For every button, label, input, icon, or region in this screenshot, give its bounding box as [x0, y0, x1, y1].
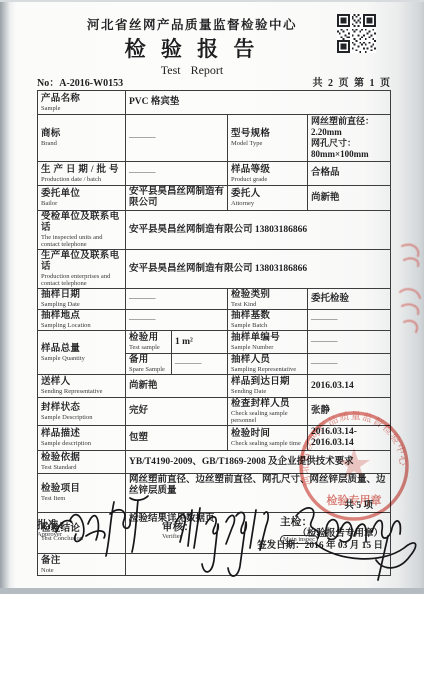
field-testsample-label-zh: 检验用: [129, 333, 168, 344]
field-sampledesc-label-zh: 样品描述: [41, 429, 122, 440]
field-samplingloc-value: ———: [126, 310, 228, 331]
field-sendingrep-label-zh: 送样人: [41, 377, 122, 388]
field-model-value-line1: 网丝塑前直径：2.20mm: [311, 116, 387, 138]
field-bailor-value: 安平县昊昌丝网制造有限公司: [126, 186, 228, 211]
row-samplingloc-batch: 抽样地点Sampling Location ——— 抽样基数Sample Bat…: [38, 310, 391, 331]
field-sendingdate-label-en: Sending Date: [231, 388, 304, 395]
field-producer-label-en: Production enterprises and contact telep…: [41, 273, 122, 287]
field-testkind-value: 委托检验: [308, 289, 391, 310]
field-samplingrep-label-en: Sampling Representative: [231, 366, 304, 373]
field-producer-label: 生产单位及联系电话Production enterprises and cont…: [38, 250, 126, 289]
field-brand-label: 商标Brand: [38, 115, 126, 162]
field-sendingrep-label-en: Sending Representative: [41, 388, 122, 395]
field-brand-value: ———: [126, 115, 228, 162]
field-proddate-value: ———: [126, 162, 228, 186]
row-samplingdate-testkind: 抽样日期Sampling Date ——— 检验类别Test Kind 委托检验: [38, 289, 391, 310]
field-quantity-label: 样品总量Sample Quantity: [38, 331, 126, 375]
inspector-label-en: Main inspec: [280, 535, 318, 544]
row-bailor-attorney: 委托单位Bailor 安平县昊昌丝网制造有限公司 委托人Attorney 尚新艳: [38, 186, 391, 211]
row-quantity-testsample: 样品总量Sample Quantity 检验用Test sample 1 m² …: [38, 331, 391, 354]
field-sampledesc-label-en: Sample description: [41, 440, 122, 447]
scanned-report-page: 河北省丝网产品质量监督检验中心 检 验 报 告 Test Report No：A…: [0, 0, 424, 594]
field-testkind-label: 检验类别Test Kind: [228, 289, 308, 310]
field-samplenumber-value: ———: [308, 331, 391, 354]
field-grade-label-zh: 样品等级: [231, 165, 304, 176]
field-testsample-value: 1 m²: [172, 331, 228, 354]
report-number: No：A-2016-W0153: [37, 74, 123, 89]
field-samplingdate-value: ———: [126, 289, 228, 310]
field-attorney-label-en: Attorney: [231, 200, 304, 207]
row-inspected-unit: 受检单位及联系电话The inspected units and contact…: [38, 211, 391, 250]
field-model-value: 网丝塑前直径：2.20mm网孔尺寸：80mm×100mm: [308, 115, 391, 162]
field-sendingrep-label: 送样人Sending Representative: [38, 375, 126, 398]
field-grade-label: 样品等级Product grade: [228, 162, 308, 186]
row-proddate-grade: 生 产 日 期 / 批 号Production date / batch ———…: [38, 162, 391, 186]
field-standard-label-zh: 检验依据: [41, 453, 122, 464]
field-items-label: 检验项目Test Item: [38, 474, 126, 513]
field-sealstate-value: 完好: [126, 398, 228, 426]
field-note-label-zh: 备注: [41, 556, 122, 567]
field-samplingloc-label-zh: 抽样地点: [41, 311, 122, 322]
field-sendingdate-label-zh: 样品到达日期: [231, 377, 304, 388]
field-bailor-label-zh: 委托单位: [41, 189, 122, 200]
approver-label-group: 批准： Approver: [37, 520, 69, 538]
field-sampledesc-label: 样品描述Sample description: [38, 426, 126, 451]
org-name: 河北省丝网产品质量监督检验中心: [0, 15, 384, 33]
issue-date-text: 签发日期：2016 年 03 月 15 日: [129, 540, 387, 552]
field-testsample-label: 检验用Test sample: [126, 331, 172, 354]
field-producer-value: 安平县昊昌丝网制造有限公司 13803186866: [126, 250, 391, 289]
field-checkpersonnel-label-zh: 检查封样人员: [231, 399, 304, 410]
field-attorney-value: 尚新艳: [308, 186, 391, 211]
verifier-label-group: 审核： Verifier: [162, 522, 194, 540]
field-samplingdate-label-en: Sampling Date: [41, 301, 122, 308]
official-seal: 河北省丝网产品质量监督检验中心 检验专用章: [296, 408, 412, 524]
field-samplingloc-label-en: Sampling Location: [41, 322, 122, 329]
qr-code-icon: [337, 14, 376, 53]
field-sparesample-label-en: Spare Sample: [129, 366, 168, 373]
field-sparesample-label-zh: 备用: [129, 355, 168, 366]
field-testtime-label-en: Check sealing sample time: [231, 440, 304, 447]
field-model-label-zh: 型号规格: [231, 129, 304, 140]
edge-stamp-fragment: [394, 240, 424, 350]
report-number-value: A-2016-W0153: [59, 78, 123, 89]
field-samplebatch-label-en: Sample Batch: [231, 322, 304, 329]
seal-arc-text: 河北省丝网产品质量监督检验中心: [298, 409, 409, 487]
field-items-label-zh: 检验项目: [41, 484, 122, 495]
field-quantity-label-en: Sample Quantity: [41, 355, 122, 362]
field-sparesample-label: 备用Spare Sample: [126, 354, 172, 375]
field-grade-value: 合格品: [308, 162, 391, 186]
field-producer-label-zh: 生产单位及联系电话: [41, 251, 122, 273]
verifier-label-en: Verifier: [162, 533, 194, 540]
field-sealstate-label-en: Sample Description: [41, 414, 122, 421]
field-samplebatch-value: ———: [308, 310, 391, 331]
seal-star: [338, 448, 370, 479]
field-testtime-label-zh: 检验时间: [231, 429, 304, 440]
field-note-value: [126, 554, 391, 576]
field-standard-label: 检验依据Test Standard: [38, 451, 126, 474]
field-samplenumber-label: 抽样单编号Sample Number: [228, 331, 308, 354]
field-sendingdate-value: 2016.03.14: [308, 375, 391, 398]
field-inspected-label: 受检单位及联系电话The inspected units and contact…: [38, 211, 126, 250]
field-sample-label-en: Sample: [41, 105, 122, 112]
report-title: 检 验 报 告: [0, 33, 384, 63]
field-items-label-en: Test Item: [41, 495, 122, 502]
field-samplenumber-label-en: Sample Number: [231, 344, 304, 351]
field-brand-label-zh: 商标: [41, 129, 122, 140]
field-grade-label-en: Product grade: [231, 176, 304, 183]
field-quantity-label-zh: 样品总量: [41, 344, 122, 355]
field-sample-label-zh: 产品名称: [41, 94, 122, 105]
field-samplingrep-label: 抽样人员Sampling Representative: [228, 354, 308, 375]
field-inspected-label-en: The inspected units and contact telephon…: [41, 234, 122, 248]
field-testsample-label-en: Test sample: [129, 344, 168, 351]
field-samplingrep-label-zh: 抽样人员: [231, 355, 304, 366]
approver-label-zh: 批准：: [37, 520, 69, 531]
approver-label-en: Approver: [37, 531, 69, 538]
field-samplenumber-label-zh: 抽样单编号: [231, 333, 304, 344]
seal-bottom-text: 检验专用章: [327, 493, 382, 507]
field-attorney-label-zh: 委托人: [231, 189, 304, 200]
field-sendingdate-label: 样品到达日期Sending Date: [228, 375, 308, 398]
field-note-label-en: Note: [41, 567, 122, 574]
row-production-unit: 生产单位及联系电话Production enterprises and cont…: [38, 250, 391, 289]
field-sample-value: PVC 格宾垫: [126, 91, 391, 115]
field-attorney-label: 委托人Attorney: [228, 186, 308, 211]
field-testkind-label-en: Test Kind: [231, 301, 304, 308]
field-model-value-line2: 网孔尺寸：80mm×100mm: [311, 138, 387, 160]
field-checkpersonnel-label-en: Check sealing sample personnel: [231, 410, 304, 424]
field-note-label: 备注Note: [38, 554, 126, 576]
row-note: 备注Note: [38, 554, 391, 576]
field-samplingrep-value: ———: [308, 354, 391, 375]
field-sealstate-label-zh: 封样状态: [41, 403, 122, 414]
verifier-label-zh: 审核：: [162, 522, 194, 533]
field-sample-label: 产品名称Sample: [38, 91, 126, 115]
field-proddate-label-zh: 生 产 日 期 / 批 号: [41, 165, 122, 176]
field-samplingloc-label: 抽样地点Sampling Location: [38, 310, 126, 331]
field-model-label-en: Model Type: [231, 140, 304, 147]
report-number-label: No：: [37, 78, 59, 89]
field-sendingrep-value: 尚新艳: [126, 375, 228, 398]
field-sealstate-label: 封样状态Sample Description: [38, 398, 126, 426]
field-samplebatch-label-zh: 抽样基数: [231, 311, 304, 322]
row-sample: 产品名称Sample PVC 格宾垫: [38, 91, 391, 115]
row-brand-model: 商标Brand ——— 型号规格Model Type 网丝塑前直径：2.20mm…: [38, 115, 391, 162]
field-standard-label-en: Test Standard: [41, 464, 122, 471]
field-proddate-label: 生 产 日 期 / 批 号Production date / batch: [38, 162, 126, 186]
field-sparesample-value: ———: [172, 354, 228, 375]
field-samplingdate-label: 抽样日期Sampling Date: [38, 289, 126, 310]
field-brand-label-en: Brand: [41, 140, 122, 147]
field-testkind-label-zh: 检验类别: [231, 290, 304, 301]
field-inspected-label-zh: 受检单位及联系电话: [41, 212, 122, 234]
field-bailor-label-en: Bailor: [41, 200, 122, 207]
field-proddate-label-en: Production date / batch: [41, 176, 122, 183]
field-bailor-label: 委托单位Bailor: [38, 186, 126, 211]
field-samplingdate-label-zh: 抽样日期: [41, 290, 122, 301]
field-inspected-value: 安平县昊昌丝网制造有限公司 13803186866: [126, 211, 391, 250]
field-samplebatch-label: 抽样基数Sample Batch: [228, 310, 308, 331]
field-sampledesc-value: 包塑: [126, 426, 228, 451]
field-model-label: 型号规格Model Type: [228, 115, 308, 162]
page-indicator: 共 2 页 第 1 页: [313, 74, 391, 89]
row-sendingrep-date: 送样人Sending Representative 尚新艳 样品到达日期Send…: [38, 375, 391, 398]
report-number-line: No：A-2016-W0153 共 2 页 第 1 页: [37, 74, 390, 89]
